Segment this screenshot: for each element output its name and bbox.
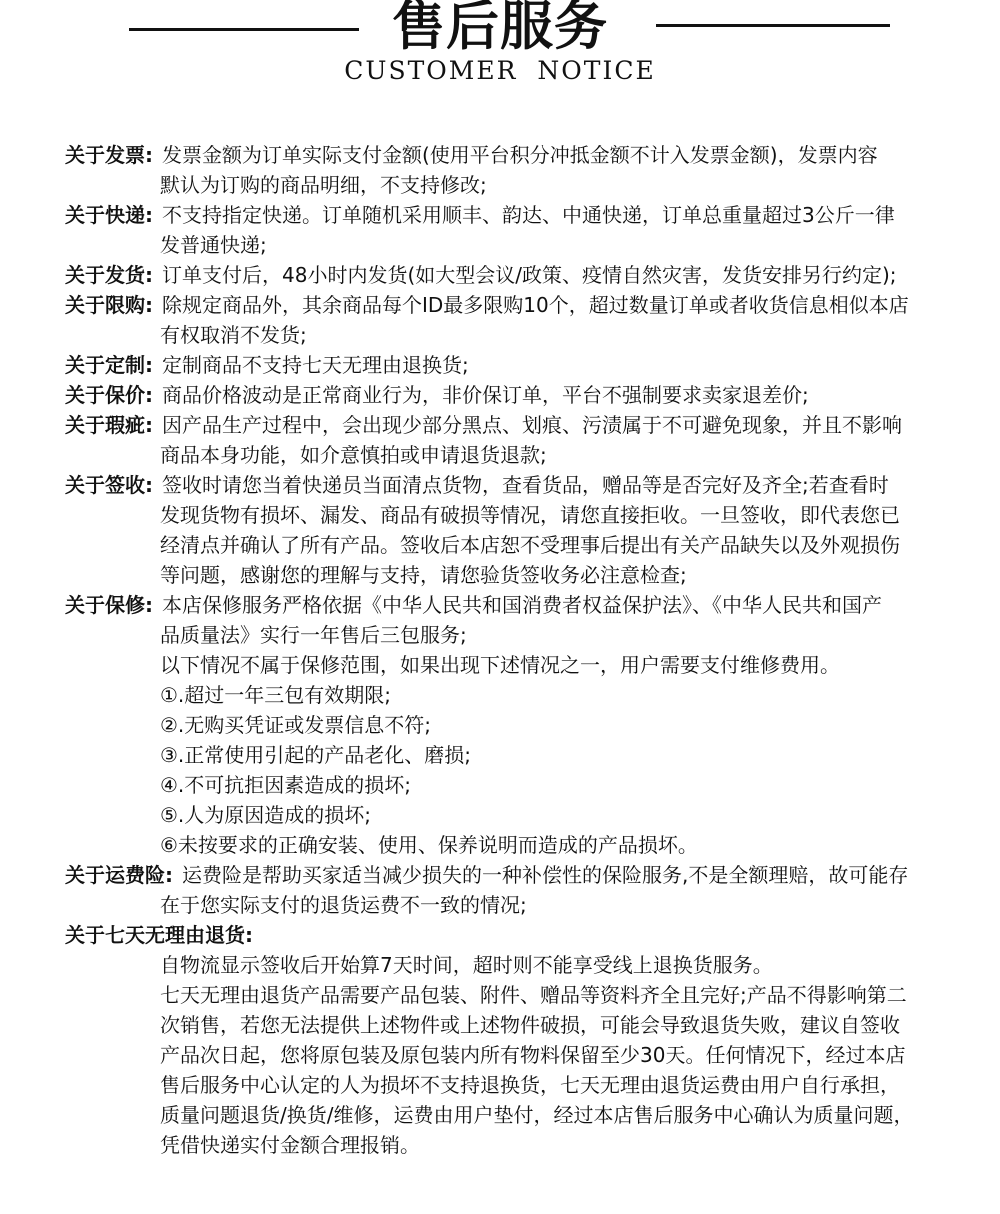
page-subtitle: CUSTOMER NOTICE	[0, 57, 1000, 85]
item-line: 以下情况不属于保修范围，如果出现下述情况之一，用户需要支付维修费用。	[65, 650, 960, 680]
notice-item: 关于七天无理由退货: 自物流显示签收后开始算7天时间，超时则不能享受线上退换货服…	[65, 920, 960, 1160]
item-first-line: 关于七天无理由退货:	[65, 920, 960, 950]
item-first-line: 关于限购:除规定商品外，其余商品每个ID最多限购10个，超过数量订单或者收货信息…	[65, 290, 960, 320]
item-line: 品质量法》实行一年售后三包服务;	[65, 620, 960, 650]
item-line: 商品本身功能，如介意慎拍或申请退货退款;	[65, 440, 960, 470]
notice-item: 关于瑕疵:因产品生产过程中，会出现少部分黑点、划痕、污渍属于不可避免现象，并且不…	[65, 410, 960, 470]
item-line: 因产品生产过程中，会出现少部分黑点、划痕、污渍属于不可避免现象，并且不影响	[162, 413, 902, 437]
item-line: 售后服务中心认定的人为损坏不支持退换货，七天无理由退货运费由用户自行承担，	[65, 1070, 960, 1100]
item-line: 经清点并确认了所有产品。签收后本店恕不受理事后提出有关产品缺失以及外观损伤	[65, 530, 960, 560]
item-line: ④.不可抗拒因素造成的损坏;	[65, 770, 960, 800]
notice-item: 关于发货:订单支付后，48小时内发货(如大型会议/政策、疫情自然灾害，发货安排另…	[65, 260, 960, 290]
item-first-line: 关于发货:订单支付后，48小时内发货(如大型会议/政策、疫情自然灾害，发货安排另…	[65, 260, 960, 290]
notice-item: 关于运费险:运费险是帮助买家适当减少损失的一种补偿性的保险服务,不是全额理赔，故…	[65, 860, 960, 920]
notice-list: 关于发票:发票金额为订单实际支付金额(使用平台积分冲抵金额不计入发票金额)，发票…	[65, 140, 960, 1160]
item-line: 除规定商品外，其余商品每个ID最多限购10个，超过数量订单或者收货信息相似本店	[162, 293, 909, 317]
item-label: 关于快递:	[65, 203, 153, 227]
item-line: ⑤.人为原因造成的损坏;	[65, 800, 960, 830]
item-first-line: 关于瑕疵:因产品生产过程中，会出现少部分黑点、划痕、污渍属于不可避免现象，并且不…	[65, 410, 960, 440]
item-line: 默认为订购的商品明细，不支持修改;	[65, 170, 960, 200]
item-line: 自物流显示签收后开始算7天时间，超时则不能享受线上退换货服务。	[65, 950, 960, 980]
item-label: 关于七天无理由退货:	[65, 923, 253, 947]
notice-item: 关于定制:定制商品不支持七天无理由退换货;	[65, 350, 960, 380]
item-line: 定制商品不支持七天无理由退换货;	[162, 353, 469, 377]
item-label: 关于运费险:	[65, 863, 173, 887]
item-label: 关于发票:	[65, 143, 153, 167]
item-label: 关于保价:	[65, 383, 153, 407]
customer-notice-page: 售后服务 CUSTOMER NOTICE 关于发票:发票金额为订单实际支付金额(…	[0, 0, 1000, 1160]
item-line: 发普通快递;	[65, 230, 960, 260]
item-line: 发票金额为订单实际支付金额(使用平台积分冲抵金额不计入发票金额)，发票内容	[162, 143, 878, 167]
item-first-line: 关于保修:本店保修服务严格依据《中华人民共和国消费者权益保护法》、《中华人民共和…	[65, 590, 960, 620]
item-line: ⑥未按要求的正确安装、使用、保养说明而造成的产品损坏。	[65, 830, 960, 860]
item-line: 次销售，若您无法提供上述物件或上述物件破损，可能会导致退货失败，建议自签收	[65, 1010, 960, 1040]
item-line: 凭借快递实付金额合理报销。	[65, 1130, 960, 1160]
item-line: 签收时请您当着快递员当面清点货物，查看货品，赠品等是否完好及齐全;若查看时	[162, 473, 889, 497]
notice-item: 关于限购:除规定商品外，其余商品每个ID最多限购10个，超过数量订单或者收货信息…	[65, 290, 960, 350]
notice-item: 关于保修:本店保修服务严格依据《中华人民共和国消费者权益保护法》、《中华人民共和…	[65, 590, 960, 860]
item-line: 等问题，感谢您的理解与支持，请您验货签收务必注意检查;	[65, 560, 960, 590]
item-line: 七天无理由退货产品需要产品包装、附件、赠品等资料齐全且完好;产品不得影响第二	[65, 980, 960, 1010]
notice-item: 关于快递:不支持指定快递。订单随机采用顺丰、韵达、中通快递，订单总重量超过3公斤…	[65, 200, 960, 260]
title-rule-left	[129, 28, 359, 31]
item-line: 不支持指定快递。订单随机采用顺丰、韵达、中通快递，订单总重量超过3公斤一律	[162, 203, 895, 227]
item-first-line: 关于快递:不支持指定快递。订单随机采用顺丰、韵达、中通快递，订单总重量超过3公斤…	[65, 200, 960, 230]
item-line: 运费险是帮助买家适当减少损失的一种补偿性的保险服务,不是全额理赔，故可能存	[182, 863, 908, 887]
notice-item: 关于保价:商品价格波动是正常商业行为，非价保订单，平台不强制要求卖家退差价;	[65, 380, 960, 410]
title-rule-right	[656, 24, 890, 27]
item-line: 产品次日起，您将原包装及原包装内所有物料保留至少30天。任何情况下，经过本店	[65, 1040, 960, 1070]
item-line: 在于您实际支付的退货运费不一致的情况;	[65, 890, 960, 920]
notice-item: 关于发票:发票金额为订单实际支付金额(使用平台积分冲抵金额不计入发票金额)，发票…	[65, 140, 960, 200]
notice-item: 关于签收:签收时请您当着快递员当面清点货物，查看货品，赠品等是否完好及齐全;若查…	[65, 470, 960, 590]
item-label: 关于限购:	[65, 293, 153, 317]
item-first-line: 关于定制:定制商品不支持七天无理由退换货;	[65, 350, 960, 380]
item-line: ①.超过一年三包有效期限;	[65, 680, 960, 710]
item-label: 关于瑕疵:	[65, 413, 153, 437]
item-label: 关于保修:	[65, 593, 153, 617]
item-line: 商品价格波动是正常商业行为，非价保订单，平台不强制要求卖家退差价;	[162, 383, 809, 407]
item-first-line: 关于运费险:运费险是帮助买家适当减少损失的一种补偿性的保险服务,不是全额理赔，故…	[65, 860, 960, 890]
item-line: 订单支付后，48小时内发货(如大型会议/政策、疫情自然灾害，发货安排另行约定);	[162, 263, 897, 287]
item-line: ②.无购买凭证或发票信息不符;	[65, 710, 960, 740]
item-line: 本店保修服务严格依据《中华人民共和国消费者权益保护法》、《中华人民共和国产	[162, 593, 882, 617]
item-first-line: 关于保价:商品价格波动是正常商业行为，非价保订单，平台不强制要求卖家退差价;	[65, 380, 960, 410]
item-label: 关于定制:	[65, 353, 153, 377]
item-first-line: 关于发票:发票金额为订单实际支付金额(使用平台积分冲抵金额不计入发票金额)，发票…	[65, 140, 960, 170]
item-line: 有权取消不发货;	[65, 320, 960, 350]
notice-header: 售后服务 CUSTOMER NOTICE	[0, 0, 1000, 88]
item-label: 关于签收:	[65, 473, 153, 497]
item-line: 发现货物有损坏、漏发、商品有破损等情况，请您直接拒收。一旦签收，即代表您已	[65, 500, 960, 530]
item-label: 关于发货:	[65, 263, 153, 287]
item-line: 质量问题退货/换货/维修，运费由用户垫付，经过本店售后服务中心确认为质量问题，	[65, 1100, 960, 1130]
item-first-line: 关于签收:签收时请您当着快递员当面清点货物，查看货品，赠品等是否完好及齐全;若查…	[65, 470, 960, 500]
item-line: ③.正常使用引起的产品老化、磨损;	[65, 740, 960, 770]
